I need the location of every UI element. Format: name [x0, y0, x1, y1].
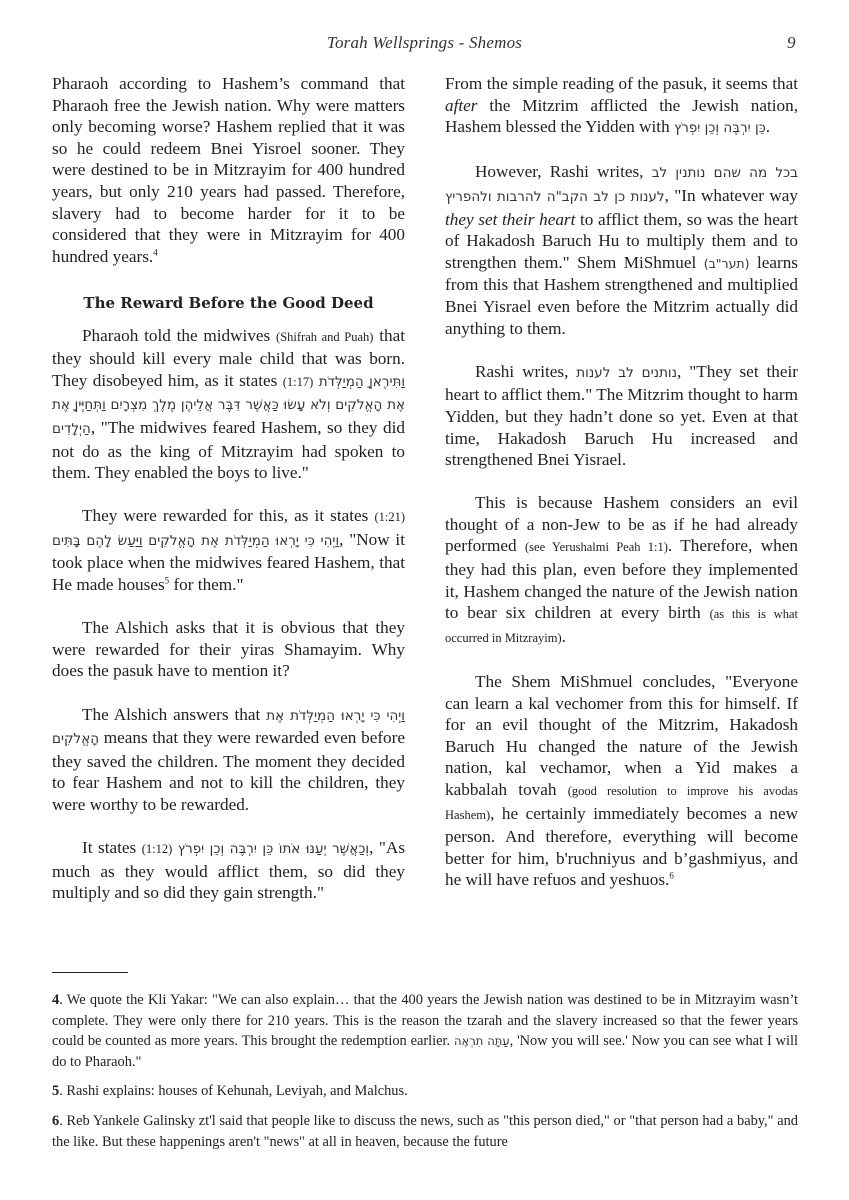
paragraph: It states (1:12) וְכַאֲשֶׁר יְעַנּוּ אֹת…	[52, 837, 405, 904]
footnote-separator	[52, 972, 128, 973]
hebrew-quote: נותנים לב לענות	[576, 365, 677, 381]
hebrew-quote: עַתָּה תִרְאֶה	[454, 1034, 510, 1048]
paragraph: The Alshich answers that וַיְהִי כִּי יָ…	[52, 704, 405, 816]
paragraph: Pharaoh according to Hashem’s command th…	[52, 73, 405, 267]
footnotes: 4. We quote the Kli Yakar: "We can also …	[52, 990, 798, 1161]
paragraph: Rashi writes, נותנים לב לענות, "They set…	[445, 361, 798, 471]
verse-reference: (1:12)	[142, 842, 173, 856]
paragraph: However, Rashi writes, בכל מה שהם נותנין…	[445, 161, 798, 339]
footnote-ref[interactable]: 4	[153, 247, 158, 257]
paragraph: From the simple reading of the pasuk, it…	[445, 73, 798, 140]
source-reference: (see Yerushalmi Peah 1:1)	[525, 540, 668, 554]
left-column: Pharaoh according to Hashem’s command th…	[52, 73, 405, 926]
footnote-4: 4. We quote the Kli Yakar: "We can also …	[52, 990, 798, 1072]
running-head: Torah Wellsprings - Shemos 9	[0, 33, 849, 57]
running-title: Torah Wellsprings - Shemos	[0, 33, 849, 53]
verse-reference: (1:21)	[374, 510, 405, 524]
hebrew-quote: כֵּן יִרְבֶּה וְכֵן יִפְרֹץ	[674, 120, 766, 136]
footnote-6: 6. Reb Yankele Galinsky zt'l said that p…	[52, 1111, 798, 1152]
hebrew-quote: וְכַאֲשֶׁר יְעַנּוּ אֹתוֹ כֵּן יִרְבֶּה …	[178, 841, 369, 857]
page-number: 9	[787, 33, 796, 53]
section-heading: The Reward Before the Good Deed	[52, 293, 405, 315]
paragraph: The Shem MiShmuel concludes, "Everyone c…	[445, 671, 798, 891]
verse-reference: (1:17)	[283, 375, 314, 389]
hebrew-quote: וַיְהִי כִּי יָרְאוּ הַמְיַלְּדֹת אֶת הָ…	[52, 533, 339, 549]
footnote-5: 5. Rashi explains: houses of Kehunah, Le…	[52, 1081, 798, 1102]
aside-text: (Shifrah and Puah)	[276, 330, 373, 344]
footnote-ref[interactable]: 6	[669, 871, 674, 881]
right-column: From the simple reading of the pasuk, it…	[445, 73, 798, 913]
source-reference: (תער"ב)	[704, 256, 750, 271]
emphasis: they set their heart	[445, 210, 575, 229]
paragraph: The Alshich asks that it is obvious that…	[52, 617, 405, 682]
paragraph: Pharaoh told the midwives (Shifrah and P…	[52, 325, 405, 484]
emphasis: after	[445, 96, 477, 115]
paragraph: They were rewarded for this, as it state…	[52, 505, 405, 595]
paragraph: This is because Hashem considers an evil…	[445, 492, 798, 649]
